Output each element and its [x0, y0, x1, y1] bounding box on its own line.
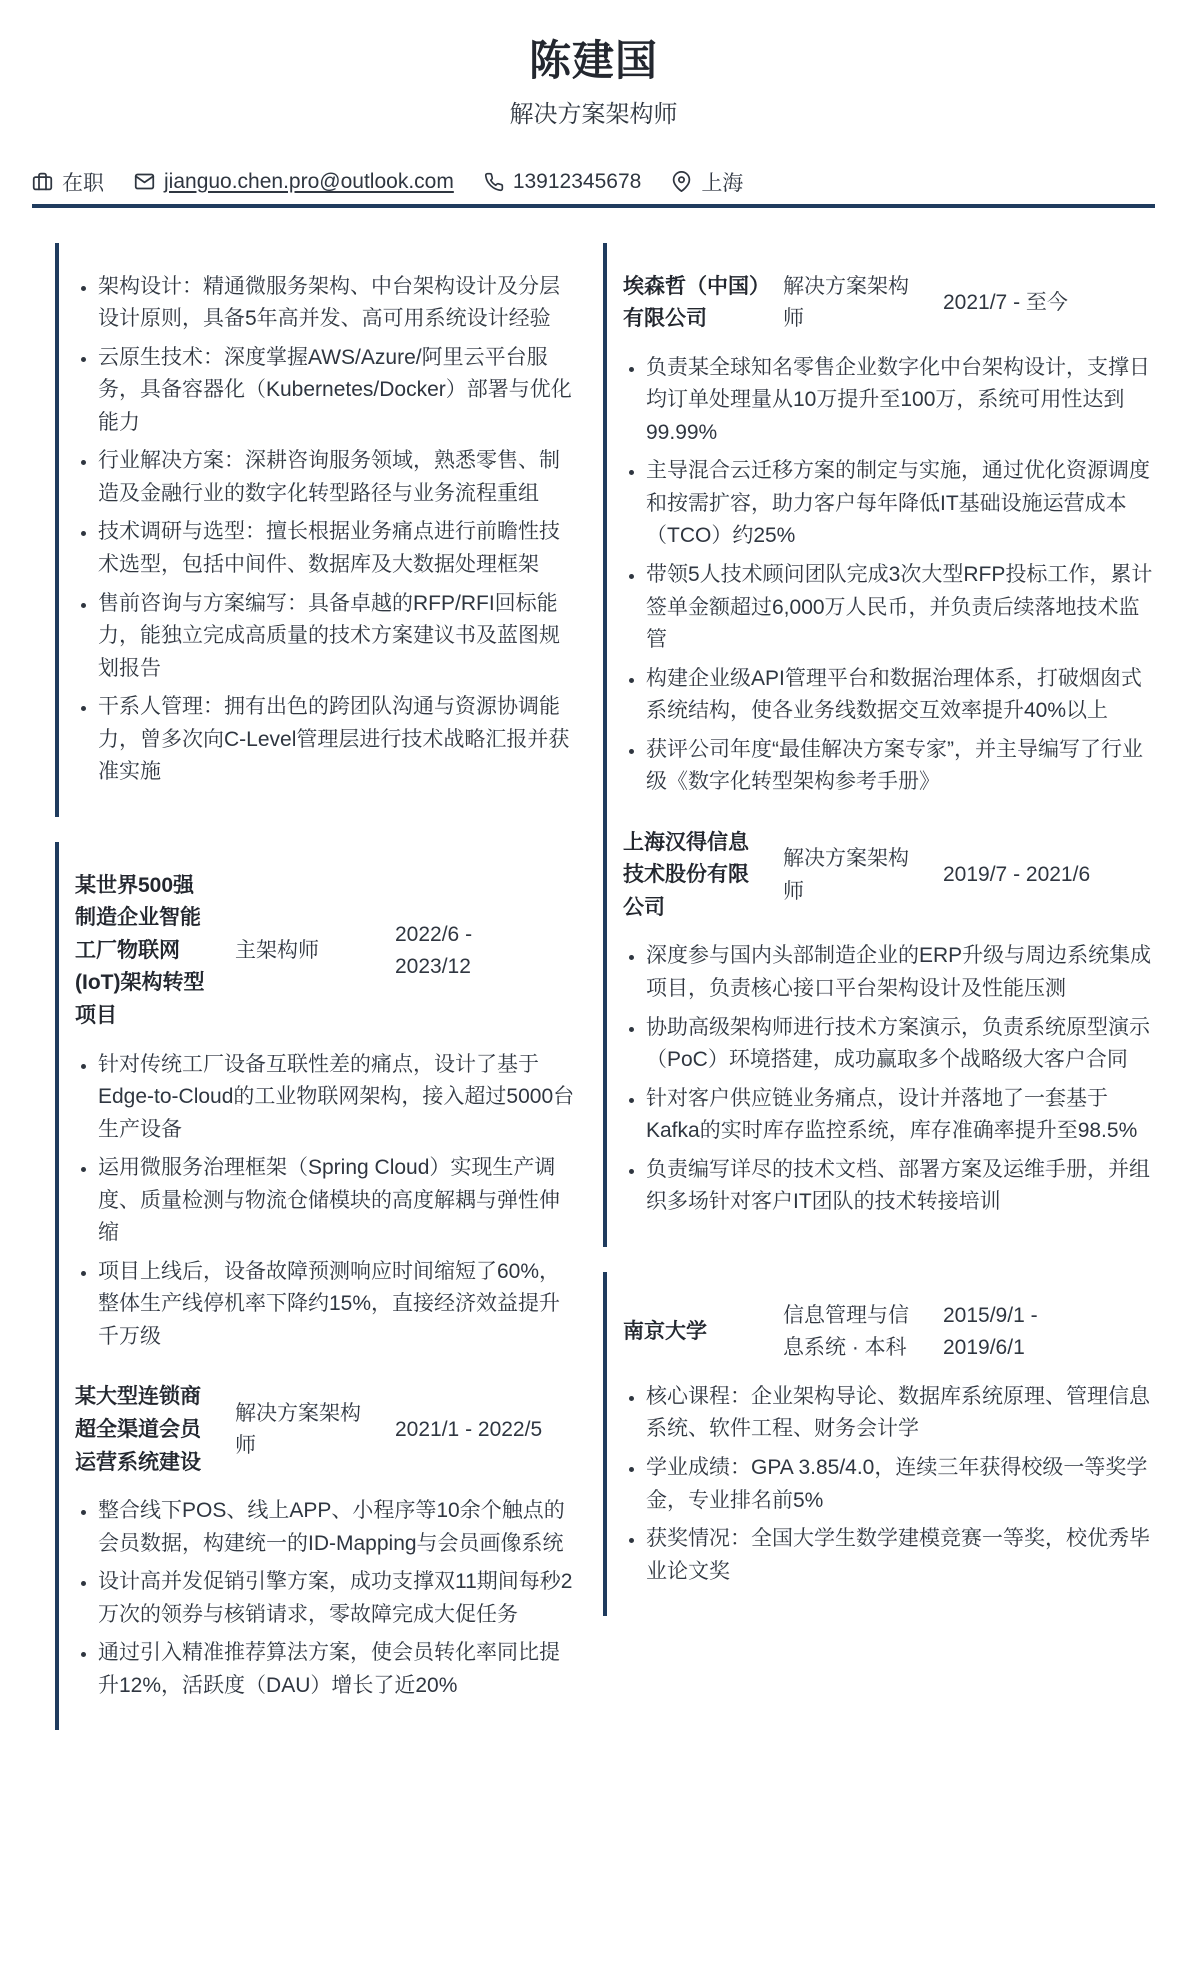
- education-header: 南京大学 信息管理与信息系统 · 本科 2015/9/1 - 2019/6/1: [623, 1300, 1155, 1365]
- work-bullet: 负责编写详尽的技术文档、部署方案及运维手册，并组织多场针对客户IT团队的技术转接…: [646, 1154, 1155, 1219]
- left-column: 架构设计：精通微服务架构、中台架构设计及分层设计原则，具备5年高并发、高可用系统…: [55, 243, 575, 1731]
- project-entry: 某大型连锁商超全渠道会员运营系统建设 解决方案架构师 2021/1 - 2022…: [75, 1381, 575, 1702]
- contact-email: jianguo.chen.pro@outlook.com: [134, 170, 454, 194]
- employment-status: 在职: [32, 167, 104, 197]
- project-bullet: 针对传统工厂设备互联性差的痛点，设计了基于Edge-to-Cloud的工业物联网…: [98, 1049, 575, 1147]
- work-role: 解决方案架构师: [783, 843, 923, 908]
- education-bullets: 核心课程：企业架构导论、数据库系统原理、管理信息系统、软件工程、财务会计学 学业…: [623, 1381, 1155, 1588]
- work-section: 埃森哲（中国）有限公司 解决方案架构师 2021/7 - 至今 负责某全球知名零…: [603, 243, 1155, 1247]
- project-role: 解决方案架构师: [235, 1398, 375, 1463]
- work-bullet: 获评公司年度“最佳解决方案专家”，并主导编写了行业级《数字化转型架构参考手册》: [646, 734, 1155, 799]
- skill-item: 架构设计：精通微服务架构、中台架构设计及分层设计原则，具备5年高并发、高可用系统…: [98, 271, 575, 336]
- person-title: 解决方案架构师: [32, 99, 1155, 130]
- work-bullet: 针对客户供应链业务痛点，设计并落地了一套基于Kafka的实时库存监控系统，库存准…: [646, 1083, 1155, 1148]
- work-role: 解决方案架构师: [783, 271, 923, 336]
- project-bullet: 运用微服务治理框架（Spring Cloud）实现生产调度、质量检测与物流仓储模…: [98, 1152, 575, 1250]
- work-bullet: 负责某全球知名零售企业数字化中台架构设计，支撑日均订单处理量从10万提升至100…: [646, 352, 1155, 450]
- work-bullet: 深度参与国内头部制造企业的ERP升级与周边系统集成项目，负责核心接口平台架构设计…: [646, 940, 1155, 1005]
- work-period: 2021/7 - 至今: [943, 287, 1098, 320]
- location-label: 上海: [701, 167, 743, 197]
- skills-list: 架构设计：精通微服务架构、中台架构设计及分层设计原则，具备5年高并发、高可用系统…: [75, 271, 575, 789]
- skills-section: 架构设计：精通微服务架构、中台架构设计及分层设计原则，具备5年高并发、高可用系统…: [55, 243, 575, 817]
- education-period: 2015/9/1 - 2019/6/1: [943, 1300, 1098, 1365]
- project-header: 某世界500强制造企业智能工厂物联网(IoT)架构转型项目 主架构师 2022/…: [75, 870, 575, 1033]
- education-bullet: 获奖情况：全国大学生数学建模竞赛一等奖，校优秀毕业论文奖: [646, 1523, 1155, 1588]
- skill-item: 云原生技术：深度掌握AWS/Azure/阿里云平台服务，具备容器化（Kubern…: [98, 342, 575, 440]
- project-title: 某大型连锁商超全渠道会员运营系统建设: [75, 1381, 215, 1479]
- work-bullet: 主导混合云迁移方案的制定与实施，通过优化资源调度和按需扩容，助力客户每年降低IT…: [646, 455, 1155, 553]
- location-pin-icon: [671, 171, 692, 192]
- education-bullet: 学业成绩：GPA 3.85/4.0，连续三年获得校级一等奖学金，专业排名前5%: [646, 1452, 1155, 1517]
- contact-row: 在职 jianguo.chen.pro@outlook.com 13912345…: [32, 167, 1155, 197]
- project-header: 某大型连锁商超全渠道会员运营系统建设 解决方案架构师 2021/1 - 2022…: [75, 1381, 575, 1479]
- project-period: 2022/6 - 2023/12: [395, 919, 550, 984]
- person-name: 陈建国: [32, 36, 1155, 86]
- project-bullet: 设计高并发促销引擎方案，成功支撑双11期间每秒2万次的领券与核销请求，零故障完成…: [98, 1566, 575, 1631]
- mail-icon: [134, 171, 155, 192]
- skill-item: 行业解决方案：深耕咨询服务领域，熟悉零售、制造及金融行业的数字化转型路径与业务流…: [98, 445, 575, 510]
- work-bullet: 构建企业级API管理平台和数据治理体系，打破烟囱式系统结构，使各业务线数据交互效…: [646, 663, 1155, 728]
- project-entry: 某世界500强制造企业智能工厂物联网(IoT)架构转型项目 主架构师 2022/…: [75, 870, 575, 1354]
- work-bullet: 协助高级架构师进行技术方案演示，负责系统原型演示（PoC）环境搭建，成功赢取多个…: [646, 1012, 1155, 1077]
- skill-item: 售前咨询与方案编写：具备卓越的RFP/RFI回标能力，能独立完成高质量的技术方案…: [98, 588, 575, 686]
- resume-columns: 架构设计：精通微服务架构、中台架构设计及分层设计原则，具备5年高并发、高可用系统…: [32, 243, 1155, 1731]
- work-entry: 埃森哲（中国）有限公司 解决方案架构师 2021/7 - 至今 负责某全球知名零…: [623, 271, 1155, 799]
- work-entry: 上海汉得信息技术股份有限公司 解决方案架构师 2019/7 - 2021/6 深…: [623, 827, 1155, 1219]
- project-bullet: 通过引入精准推荐算法方案，使会员转化率同比提升12%，活跃度（DAU）增长了近2…: [98, 1637, 575, 1702]
- project-bullet: 项目上线后，设备故障预测响应时间缩短了60%，整体生产线停机率下降约15%，直接…: [98, 1256, 575, 1354]
- education-entry: 南京大学 信息管理与信息系统 · 本科 2015/9/1 - 2019/6/1 …: [623, 1300, 1155, 1588]
- work-period: 2019/7 - 2021/6: [943, 859, 1098, 892]
- briefcase-icon: [32, 171, 53, 192]
- work-company: 上海汉得信息技术股份有限公司: [623, 827, 763, 925]
- education-major: 信息管理与信息系统 · 本科: [783, 1300, 923, 1365]
- right-column: 埃森哲（中国）有限公司 解决方案架构师 2021/7 - 至今 负责某全球知名零…: [603, 243, 1155, 1731]
- education-bullet: 核心课程：企业架构导论、数据库系统原理、管理信息系统、软件工程、财务会计学: [646, 1381, 1155, 1446]
- work-company: 埃森哲（中国）有限公司: [623, 271, 763, 336]
- project-period: 2021/1 - 2022/5: [395, 1414, 550, 1447]
- employment-status-label: 在职: [62, 167, 104, 197]
- skill-item: 干系人管理：拥有出色的跨团队沟通与资源协调能力，曾多次向C-Level管理层进行…: [98, 691, 575, 789]
- phone-number: 13912345678: [513, 170, 641, 194]
- project-title: 某世界500强制造企业智能工厂物联网(IoT)架构转型项目: [75, 870, 215, 1033]
- project-bullets: 针对传统工厂设备互联性差的痛点，设计了基于Edge-to-Cloud的工业物联网…: [75, 1049, 575, 1354]
- contact-phone: 13912345678: [484, 170, 641, 194]
- email-link[interactable]: jianguo.chen.pro@outlook.com: [164, 170, 454, 194]
- contact-location: 上海: [671, 167, 743, 197]
- work-bullets: 负责某全球知名零售企业数字化中台架构设计，支撑日均订单处理量从10万提升至100…: [623, 352, 1155, 799]
- skill-item: 技术调研与选型：擅长根据业务痛点进行前瞻性技术选型，包括中间件、数据库及大数据处…: [98, 516, 575, 581]
- resume-page: 陈建国 解决方案架构师 在职 jianguo.chen.pro@outlook.…: [0, 0, 1191, 1760]
- resume-header: 陈建国 解决方案架构师: [32, 36, 1155, 131]
- education-section: 南京大学 信息管理与信息系统 · 本科 2015/9/1 - 2019/6/1 …: [603, 1272, 1155, 1616]
- education-school: 南京大学: [623, 1316, 763, 1349]
- work-bullets: 深度参与国内头部制造企业的ERP升级与周边系统集成项目，负责核心接口平台架构设计…: [623, 940, 1155, 1218]
- project-role: 主架构师: [235, 935, 375, 968]
- header-divider: [32, 204, 1155, 208]
- project-bullets: 整合线下POS、线上APP、小程序等10余个触点的会员数据，构建统一的ID-Ma…: [75, 1495, 575, 1702]
- phone-icon: [484, 172, 504, 192]
- work-header: 埃森哲（中国）有限公司 解决方案架构师 2021/7 - 至今: [623, 271, 1155, 336]
- work-bullet: 带领5人技术顾问团队完成3次大型RFP投标工作，累计签单金额超过6,000万人民…: [646, 559, 1155, 657]
- project-bullet: 整合线下POS、线上APP、小程序等10余个触点的会员数据，构建统一的ID-Ma…: [98, 1495, 575, 1560]
- work-header: 上海汉得信息技术股份有限公司 解决方案架构师 2019/7 - 2021/6: [623, 827, 1155, 925]
- projects-section: 某世界500强制造企业智能工厂物联网(IoT)架构转型项目 主架构师 2022/…: [55, 842, 575, 1731]
